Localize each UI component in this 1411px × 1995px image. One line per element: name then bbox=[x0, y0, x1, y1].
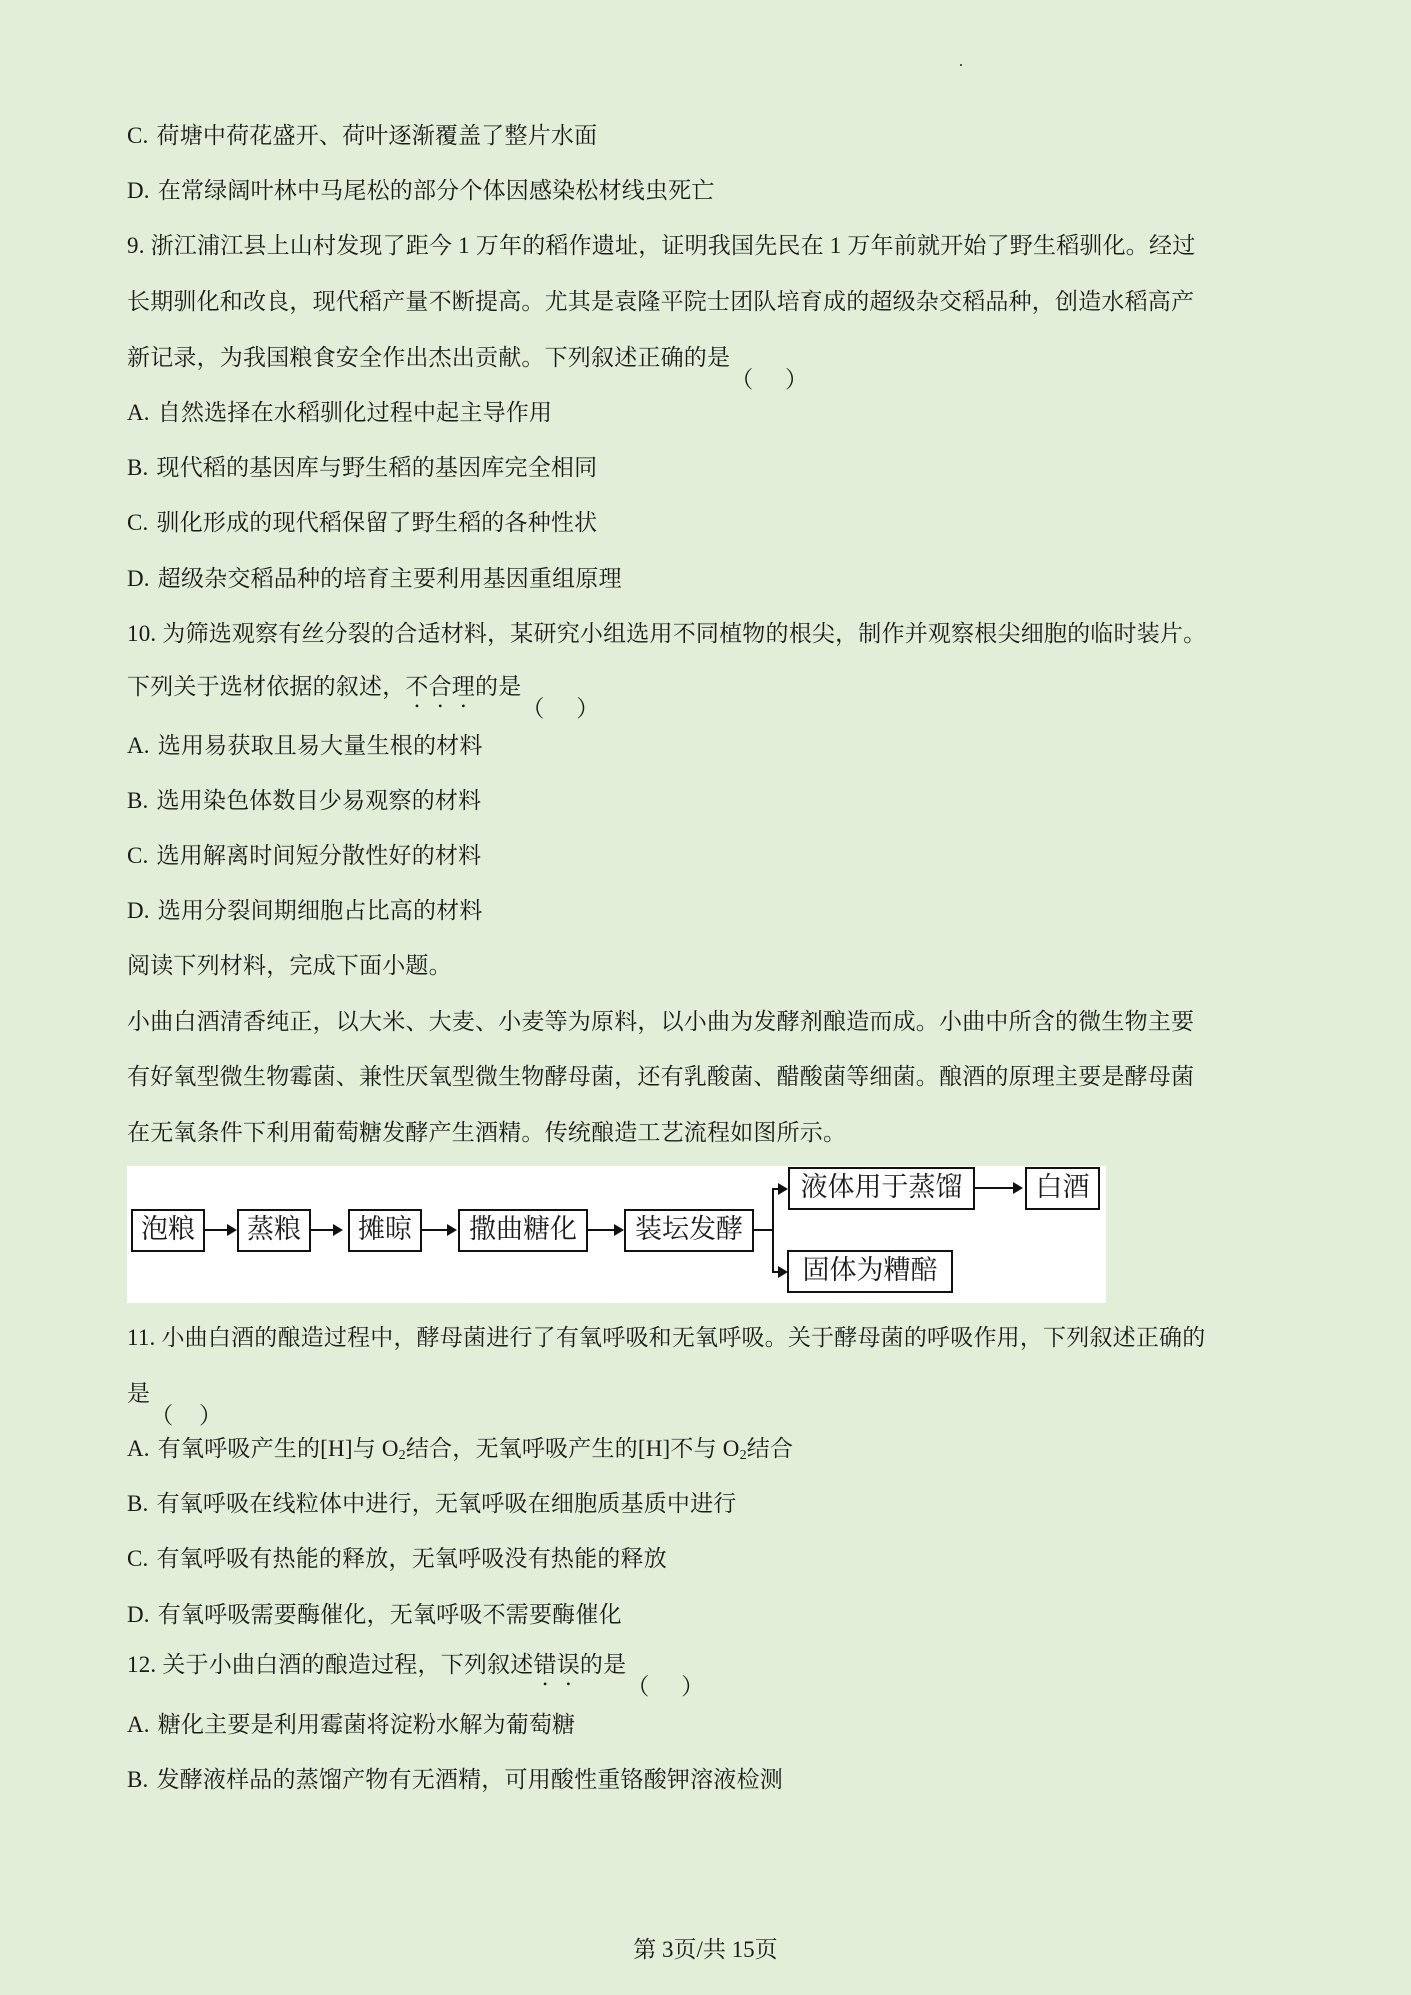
option-text: 发酵液样品的蒸馏产物有无酒精，可用酸性重铬酸钾溶液检测 bbox=[157, 1767, 783, 1792]
option-label: D. bbox=[127, 564, 150, 594]
q10-option-a: A.选用易获取且易大量生根的材料 bbox=[127, 731, 483, 761]
option-label: B. bbox=[127, 1765, 149, 1795]
flow-step-liquid-distill: 液体用于蒸馏 bbox=[788, 1167, 975, 1210]
q11-stem-text: 是 bbox=[127, 1381, 150, 1406]
q9-option-a: A.自然选择在水稻驯化过程中起主导作用 bbox=[127, 398, 552, 428]
q10-option-c: C.选用解离时间短分散性好的材料 bbox=[127, 841, 481, 871]
option-text: 在常绿阔叶林中马尾松的部分个体因感染松材线虫死亡 bbox=[158, 178, 715, 203]
option-label: C. bbox=[127, 121, 149, 151]
arrow-right-icon bbox=[1013, 1182, 1023, 1194]
page-number-footer: 第 3页/共 15页 bbox=[0, 1935, 1411, 1965]
option-text: 选用易获取且易大量生根的材料 bbox=[158, 733, 483, 758]
q9-option-b: B.现代稻的基因库与野生稻的基因库完全相同 bbox=[127, 453, 597, 483]
flow-step-soak-grain: 泡粮 bbox=[131, 1209, 205, 1252]
brewing-flow-diagram: 泡粮 蒸粮 摊晾 撒曲糖化 装坛发酵 液体用于蒸馏 白酒 固体为糟醅 bbox=[127, 1166, 1106, 1303]
option-label: A. bbox=[127, 398, 150, 428]
option-text: 超级杂交稻品种的培育主要利用基因重组原理 bbox=[158, 566, 622, 591]
option-text: 选用解离时间短分散性好的材料 bbox=[157, 843, 482, 868]
subscript: 2 bbox=[740, 1448, 747, 1463]
option-text: 有氧呼吸在线粒体中进行，无氧呼吸在细胞质基质中进行 bbox=[157, 1491, 737, 1516]
subscript: 2 bbox=[399, 1448, 406, 1463]
option-text: 结合 bbox=[747, 1436, 793, 1461]
q11-stem-line-1: 11. 小曲白酒的酿造过程中，酵母菌进行了有氧呼吸和无氧呼吸。关于酵母菌的呼吸作… bbox=[127, 1323, 1205, 1353]
connector bbox=[311, 1229, 335, 1231]
option-text: 现代稻的基因库与野生稻的基因库完全相同 bbox=[157, 455, 598, 480]
option-text: 荷塘中荷花盛开、荷叶逐渐覆盖了整片水面 bbox=[157, 123, 598, 148]
connector bbox=[205, 1229, 229, 1231]
q11-option-a: A.有氧呼吸产生的[H]与 O2结合，无氧呼吸产生的[H]不与 O2结合 bbox=[127, 1434, 793, 1464]
option-text: 驯化形成的现代稻保留了野生稻的各种性状 bbox=[157, 510, 598, 535]
q9-stem-text: 新记录，为我国粮食安全作出杰出贡献。下列叙述正确的是 bbox=[127, 345, 730, 370]
option-text: 选用分裂间期细胞占比高的材料 bbox=[158, 898, 483, 923]
material-line-3: 在无氧条件下利用葡萄糖发酵产生酒精。传统酿造工艺流程如图所示。 bbox=[127, 1118, 846, 1148]
q10-stem-line-2: 下列关于选材依据的叙述，不合理的是（） bbox=[127, 672, 599, 713]
flow-step-steam-grain: 蒸粮 bbox=[237, 1209, 311, 1252]
q8-option-d: D.在常绿阔叶林中马尾松的部分个体因感染松材线虫死亡 bbox=[127, 176, 715, 206]
material-intro: 阅读下列材料，完成下面小题。 bbox=[127, 951, 452, 981]
flow-step-jar-fermentation: 装坛发酵 bbox=[624, 1209, 754, 1252]
q11-option-d: D.有氧呼吸需要酶催化，无氧呼吸不需要酶催化 bbox=[127, 1600, 622, 1630]
connector bbox=[975, 1187, 1015, 1189]
q11-option-b: B.有氧呼吸在线粒体中进行，无氧呼吸在细胞质基质中进行 bbox=[127, 1489, 737, 1519]
option-text: 选用染色体数目少易观察的材料 bbox=[157, 788, 482, 813]
arrow-right-icon bbox=[447, 1224, 457, 1236]
flow-step-baijiu: 白酒 bbox=[1025, 1167, 1100, 1210]
option-text: 结合，无氧呼吸产生的[H]不与 O bbox=[406, 1436, 740, 1461]
option-label: A. bbox=[127, 731, 150, 761]
emphasized-text: 错误 bbox=[534, 1652, 580, 1677]
connector bbox=[754, 1229, 774, 1231]
material-line-1: 小曲白酒清香纯正，以大米、大麦、小麦等为原料，以小曲为发酵剂酿造而成。小曲中所含… bbox=[127, 1007, 1194, 1037]
q12-option-a: A.糖化主要是利用霉菌将淀粉水解为葡萄糖 bbox=[127, 1710, 575, 1740]
q12-stem: 12. 关于小曲白酒的酿造过程，下列叙述错误的是（） bbox=[127, 1650, 704, 1691]
q12-option-b: B.发酵液样品的蒸馏产物有无酒精，可用酸性重铬酸钾溶液检测 bbox=[127, 1765, 783, 1795]
q10-stem-line-1: 10. 为筛选观察有丝分裂的合适材料，某研究小组选用不同植物的根尖，制作并观察根… bbox=[127, 619, 1206, 649]
q9-stem-line-1: 9. 浙江浦江县上山村发现了距今 1 万年的稻作遗址，证明我国先民在 1 万年前… bbox=[127, 231, 1195, 261]
option-label: D. bbox=[127, 1600, 150, 1630]
q10-option-b: B.选用染色体数目少易观察的材料 bbox=[127, 786, 481, 816]
q10-stem-text-end: 的是 bbox=[475, 674, 521, 699]
option-label: C. bbox=[127, 508, 149, 538]
arrow-right-icon bbox=[227, 1224, 237, 1236]
option-text: 有氧呼吸产生的[H]与 O bbox=[158, 1436, 399, 1461]
option-label: C. bbox=[127, 841, 149, 871]
q12-stem-text-end: 的是 bbox=[580, 1652, 626, 1677]
q9-stem-line-3: 新记录，为我国粮食安全作出杰出贡献。下列叙述正确的是（） bbox=[127, 343, 808, 373]
option-text: 有氧呼吸有热能的释放，无氧呼吸没有热能的释放 bbox=[157, 1546, 667, 1571]
connector bbox=[422, 1229, 448, 1231]
option-label: D. bbox=[127, 896, 150, 926]
branch-connector bbox=[772, 1188, 774, 1273]
q12-stem-text: 12. 关于小曲白酒的酿造过程，下列叙述 bbox=[127, 1652, 534, 1677]
option-text: 有氧呼吸需要酶催化，无氧呼吸不需要酶催化 bbox=[158, 1602, 622, 1627]
q8-option-c: C.荷塘中荷花盛开、荷叶逐渐覆盖了整片水面 bbox=[127, 121, 597, 151]
option-label: B. bbox=[127, 1489, 149, 1519]
q11-stem-line-2: 是（） bbox=[127, 1379, 222, 1409]
q10-option-d: D.选用分裂间期细胞占比高的材料 bbox=[127, 896, 483, 926]
q9-option-d: D.超级杂交稻品种的培育主要利用基因重组原理 bbox=[127, 564, 622, 594]
material-line-2: 有好氧型微生物霉菌、兼性厌氧型微生物酵母菌，还有乳酸菌、醋酸菌等细菌。酿酒的原理… bbox=[127, 1062, 1194, 1092]
flow-step-saccharification: 撒曲糖化 bbox=[458, 1209, 588, 1252]
option-text: 自然选择在水稻驯化过程中起主导作用 bbox=[158, 400, 552, 425]
arrow-right-icon bbox=[778, 1183, 788, 1195]
option-label: A. bbox=[127, 1434, 150, 1464]
arrow-right-icon bbox=[614, 1224, 624, 1236]
q9-option-c: C.驯化形成的现代稻保留了野生稻的各种性状 bbox=[127, 508, 597, 538]
option-label: B. bbox=[127, 786, 149, 816]
q11-option-c: C.有氧呼吸有热能的释放，无氧呼吸没有热能的释放 bbox=[127, 1544, 667, 1574]
page-mark bbox=[960, 64, 962, 66]
arrow-right-icon bbox=[333, 1224, 343, 1236]
flow-step-solid-residue: 固体为糟醅 bbox=[787, 1250, 953, 1293]
connector bbox=[588, 1229, 616, 1231]
emphasized-text: 不合理 bbox=[405, 674, 475, 699]
option-label: C. bbox=[127, 1544, 149, 1574]
option-label: D. bbox=[127, 176, 150, 206]
option-text: 糖化主要是利用霉菌将淀粉水解为葡萄糖 bbox=[158, 1712, 576, 1737]
flow-step-spread-cool: 摊晾 bbox=[348, 1209, 422, 1252]
q10-stem-text: 下列关于选材依据的叙述， bbox=[127, 674, 405, 699]
option-label: B. bbox=[127, 453, 149, 483]
q9-stem-line-2: 长期驯化和改良，现代稻产量不断提高。尤其是袁隆平院士团队培育成的超级杂交稻品种，… bbox=[127, 287, 1194, 317]
option-label: A. bbox=[127, 1710, 150, 1740]
